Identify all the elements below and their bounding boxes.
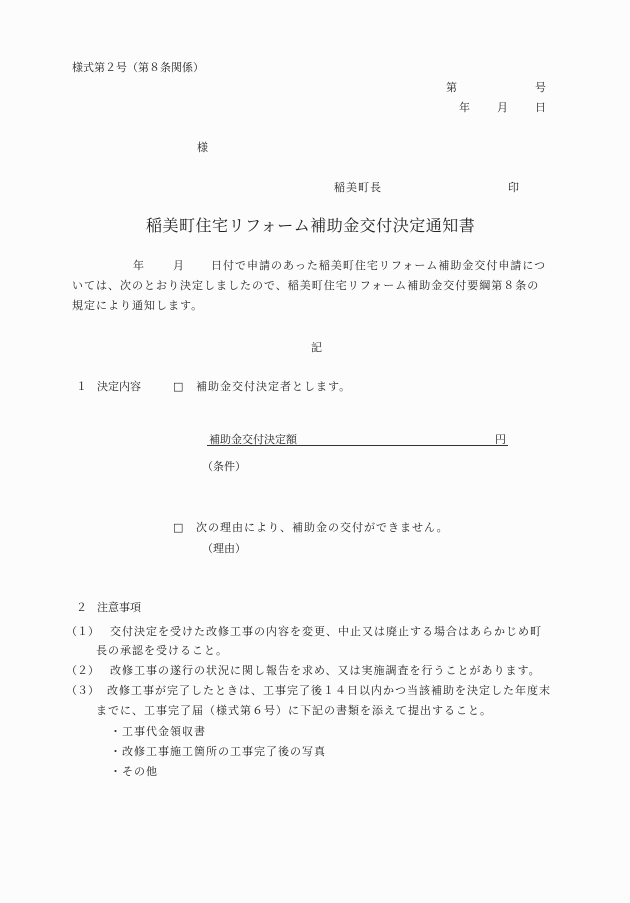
amount-unit: 円 [495,431,506,447]
conditions-label: （条件） [202,461,246,472]
document-item: ・改修工事施工箇所の工事完了後の写真 [110,746,326,757]
note1-marker: （１） [66,626,99,637]
document-title: 稲美町住宅リフォーム補助金交付決定通知書 [146,218,475,234]
document-item: ・工事代金領収書 [110,726,206,737]
ref-number-prefix: 第 [446,82,457,93]
body-line1: 日付で申請のあった稲美町住宅リフォーム補助金交付申請につ [211,260,546,271]
note3-line2: までに、工事完了届（様式第６号）に下記の書類を添えて提出すること。 [96,705,492,716]
section2-number: ２ [76,602,87,613]
note3-marker: （３） [66,685,99,696]
approved-text: 補助金交付決定者とします。 [196,381,351,392]
issuer-seal: 印 [508,182,519,193]
note1-line1: 交付決定を受けた改修工事の内容を変更、中止又は廃止する場合はあらかじめ町 [110,626,542,637]
reason-label: （理由） [202,543,246,554]
ki-marker: 記 [311,342,322,353]
body-month: 月 [173,260,184,271]
amount-field[interactable]: 補助金交付決定額 円 [207,431,508,446]
date-month: 月 [497,102,508,113]
body-line3: 規定により通知します。 [72,300,203,311]
form-number: 様式第２号（第８条関係） [72,62,204,73]
issuer-name: 稲美町長 [334,182,382,193]
note2-line1: 改修工事の遂行の状況に関し報告を求め、又は実施調査を行うことがあります。 [110,665,541,676]
date-day: 日 [535,102,546,113]
body-line2: いては、次のとおり決定しましたので、稲美町住宅リフォーム補助金交付要綱第８条の [72,280,539,291]
section2-label: 注意事項 [97,602,141,613]
amount-label: 補助金交付決定額 [209,431,297,447]
date-year: 年 [459,102,470,113]
note2-marker: （２） [66,665,99,676]
ref-number-suffix: 号 [535,82,546,93]
document-item: ・その他 [110,766,158,777]
approved-checkbox[interactable]: □ [173,381,183,392]
section1-label: 決定内容 [97,381,141,392]
body-year: 年 [133,260,144,271]
rejected-text: 次の理由により、補助金の交付ができません。 [196,522,449,533]
note3-line1: 改修工事が完了したときは、工事完了後１４日以内かつ当該補助を決定した年度末 [107,685,551,696]
section1-number: １ [76,381,87,392]
addressee-suffix: 様 [197,142,208,153]
note1-line2: 長の承認を受けること。 [96,645,228,656]
rejected-checkbox[interactable]: □ [173,522,183,533]
